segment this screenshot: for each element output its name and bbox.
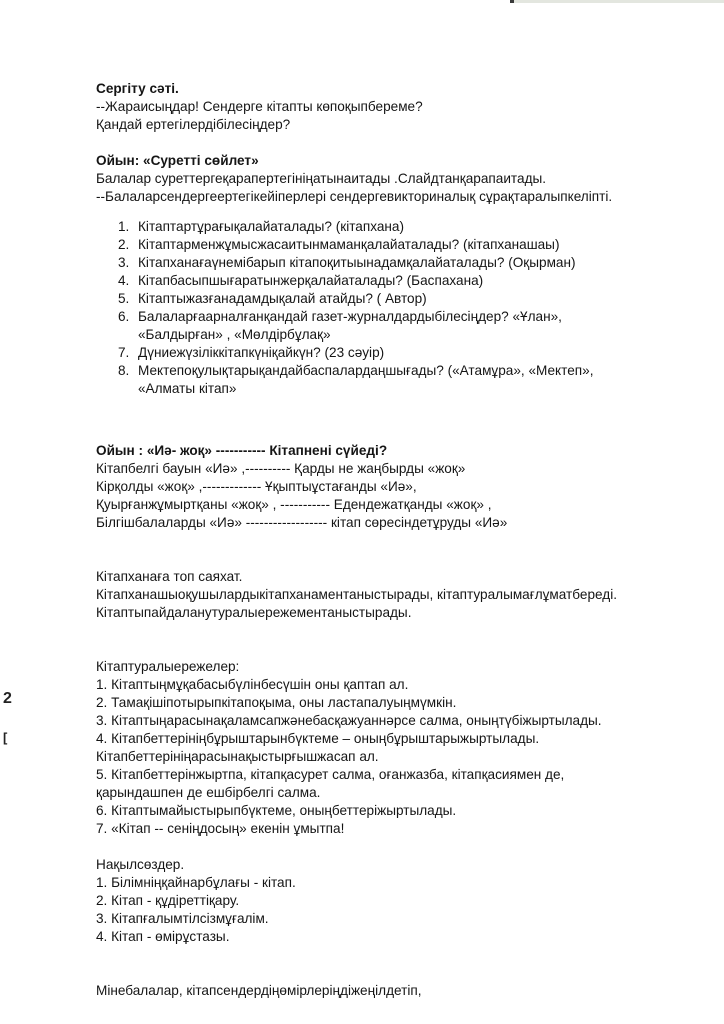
- rule-line: 4. Кітапбеттерініңбұрыштарынбүктеме – он…: [96, 730, 676, 748]
- list-item: 3.Кітапханағаүнемібарып кітапоқитыынадам…: [118, 254, 676, 272]
- rule-line: 7. «Кітап -- сеніңдосың» екенін ұмытпа!: [96, 820, 676, 838]
- list-item: 5.Кітаптыжазғанадамдықалай атайды? ( Авт…: [118, 290, 676, 308]
- quiz-questions: 1.Кітаптартұрағықалайаталады? (кітапхана…: [96, 218, 676, 398]
- text-line: --Балаларсендергеертегікейіперлері сенде…: [96, 188, 676, 206]
- document-body: Сергіту сәті. --Жараисыңдар! Сендерге кі…: [96, 80, 676, 1000]
- rules-title: Кітаптуралыережелер:: [96, 658, 676, 676]
- closing-line: Мінебалалар, кітапсендердіңөмірлеріңдіже…: [96, 982, 676, 1000]
- rule-line: 6. Кітаптымайыстырыпбүктеме, оныңбеттері…: [96, 802, 676, 820]
- rule-line: 5. Кітапбеттерінжыртпа, кітапқасурет сал…: [96, 766, 676, 784]
- text-line: --Жараисыңдар! Сендерге кітапты көпоқыпб…: [96, 98, 676, 116]
- text-line: Қандай ертегілердібілесіңдер?: [96, 116, 676, 134]
- list-item: 1.Кітаптартұрағықалайаталады? (кітапхана…: [118, 218, 676, 236]
- rule-line: 1. Кітаптыңмұқабасыбүлінбесүшін оны қапт…: [96, 676, 676, 694]
- proverb-line: 2. Кітап - құдіреттіқару.: [96, 892, 676, 910]
- trip-heading: Кітапханаға топ саяхат.: [96, 568, 676, 586]
- rule-line: Кітапбеттерініңарасынақыстырғышжасап ал.: [96, 748, 676, 766]
- text-line: Кірқолды «жоқ» ,------------- Ұқыптыұста…: [96, 478, 676, 496]
- list-item: 7.Дүниежүзіліккітапкүніқайкүн? (23 сәуір…: [118, 344, 676, 362]
- text-line: Кітаптыпайдаланутуралыережементаныстырад…: [96, 604, 676, 622]
- proverbs-title: Нақылсөздер.: [96, 856, 676, 874]
- list-item: 6.Балаларғаарналғанқандай газет-журналда…: [118, 308, 676, 344]
- text-line: Білгішбалаларды «Иә» ------------------ …: [96, 514, 676, 532]
- game1-title: Ойын: «Суретті сөйлет»: [96, 152, 676, 170]
- proverb-line: 1. Білімніңқайнарбұлағы - кітап.: [96, 874, 676, 892]
- list-item: 8.Мектепоқулықтарықандайбаспалардаңшығад…: [118, 362, 676, 398]
- rule-line: қарындашпен де ешбірбелгі салма.: [96, 784, 676, 802]
- scan-page-edge: [510, 0, 724, 3]
- list-item: 2.Кітаптарменжұмысжасаитынмаманқалайатал…: [118, 236, 676, 254]
- text-line: Кітапханашыоқушылардыкітапханаментанысты…: [96, 586, 676, 604]
- text-line: Балалар суреттергеқарапертегініңатынаита…: [96, 170, 676, 188]
- game2-title: Ойын : «Иә- жоқ» ----------- Кітапнені с…: [96, 442, 676, 460]
- rule-line: 2. Тамақішіпотырыпкітапоқыма, оны ластап…: [96, 694, 676, 712]
- text-line: Кітапбелгі бауын «Иә» ,---------- Қарды …: [96, 460, 676, 478]
- proverb-line: 3. Кітапғалымтілсізмұғалім.: [96, 910, 676, 928]
- text-line: Қуырғанжұмыртқаны «жоқ» , ----------- Ед…: [96, 496, 676, 514]
- proverb-line: 4. Кітап - өмірұстазы.: [96, 928, 676, 946]
- list-item: 4.Кітапбасыпшығаратынжерқалайаталады? (Б…: [118, 272, 676, 290]
- rule-line: 3. Кітаптыңарасынақаламсапжәнебасқажуанн…: [96, 712, 676, 730]
- refresh-title: Сергіту сәті.: [96, 80, 676, 98]
- margin-mark: 2: [3, 690, 12, 708]
- margin-mark: [: [3, 730, 7, 745]
